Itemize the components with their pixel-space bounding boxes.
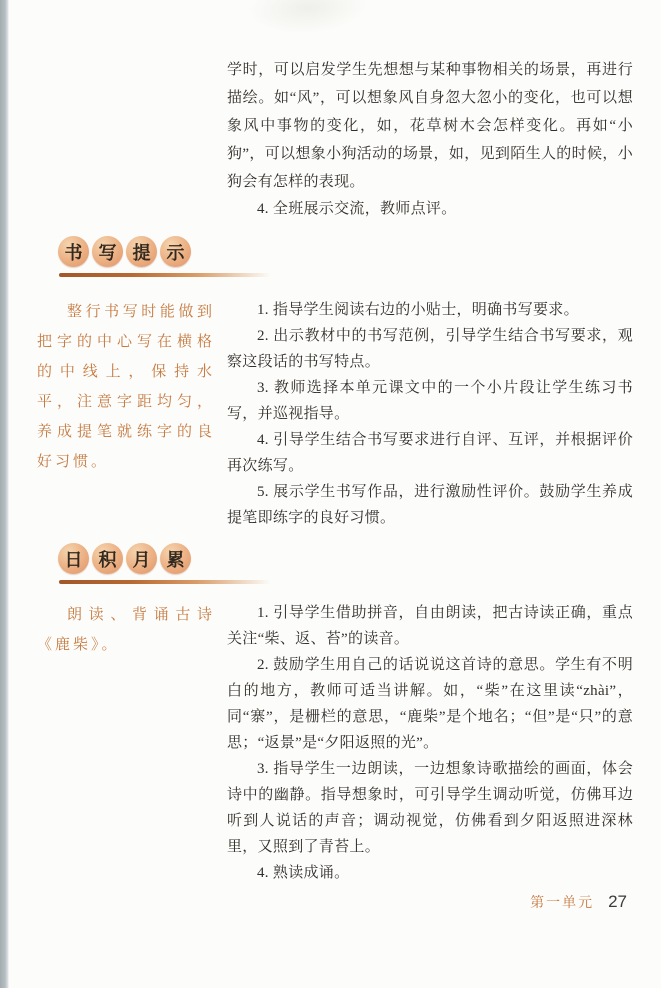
teaching-step: 4. 熟读成诵。 — [227, 860, 633, 886]
teaching-steps: 1. 指导学生阅读右边的小贴士，明确书写要求。 2. 出示教材中的书写范例，引导… — [227, 297, 633, 531]
teaching-step: 2. 鼓励学生用自己的话说说这首诗的意思。学生有不明白的地方，教师可适当讲解。如… — [227, 652, 633, 756]
section-header-daily-accumulation: 日 积 月 累 — [58, 543, 633, 584]
page-edge-shadow — [0, 0, 9, 988]
margin-note-column: 整行书写时能做到把字的中心写在横格的中线上，保持水平，注意字距均匀，养成提笔就练… — [37, 297, 215, 477]
page-footer: 第一单元 27 — [530, 892, 627, 912]
teaching-step: 5. 展示学生书写作品，进行激励性评价。鼓励学生养成提笔即练字的良好习惯。 — [227, 479, 633, 531]
header-char-badge: 提 — [126, 236, 157, 267]
book-page: 学时，可以启发学生先想想与某种事物相关的场景，再进行描绘。如“风”，可以想象风自… — [0, 0, 661, 988]
header-badges: 日 积 月 累 — [58, 543, 633, 574]
page-content: 学时，可以启发学生先想想与某种事物相关的场景，再进行描绘。如“风”，可以想象风自… — [37, 0, 633, 886]
header-char-badge: 写 — [92, 236, 123, 267]
margin-note-column: 朗读、背诵古诗《鹿柴》。 — [37, 600, 215, 660]
teaching-step: 1. 引导学生借助拼音，自由朗读，把古诗读正确，重点关注“柴、返、苔”的读音。 — [227, 600, 633, 652]
header-char-badge: 书 — [58, 236, 89, 267]
header-char-badge: 日 — [58, 543, 89, 574]
section-daily-accumulation: 朗读、背诵古诗《鹿柴》。 1. 引导学生借助拼音，自由朗读，把古诗读正确，重点关… — [37, 600, 633, 886]
header-char-badge: 积 — [92, 543, 123, 574]
intro-block: 学时，可以启发学生先想想与某种事物相关的场景，再进行描绘。如“风”，可以想象风自… — [227, 56, 633, 222]
teaching-step: 4. 引导学生结合书写要求进行自评、互评，并根据评价再次练写。 — [227, 427, 633, 479]
page-number: 27 — [608, 892, 627, 912]
margin-note: 朗读、背诵古诗《鹿柴》。 — [37, 600, 215, 660]
header-underline — [59, 273, 271, 277]
header-char-badge: 月 — [126, 543, 157, 574]
header-underline — [59, 580, 271, 584]
teaching-step: 3. 指导学生一边朗读，一边想象诗歌描绘的画面，体会诗中的幽静。指导想象时，可引… — [227, 756, 633, 860]
teaching-step: 3. 教师选择本单元课文中的一个小片段让学生练习书写，并巡视指导。 — [227, 375, 633, 427]
section-writing-tips: 整行书写时能做到把字的中心写在横格的中线上，保持水平，注意字距均匀，养成提笔就练… — [37, 297, 633, 531]
teaching-step: 1. 指导学生阅读右边的小贴士，明确书写要求。 — [227, 297, 633, 323]
unit-label: 第一单元 — [530, 892, 594, 912]
header-char-badge: 示 — [160, 236, 191, 267]
teaching-steps: 1. 引导学生借助拼音，自由朗读，把古诗读正确，重点关注“柴、返、苔”的读音。 … — [227, 600, 633, 886]
section-header-writing-tips: 书 写 提 示 — [58, 236, 633, 277]
header-badges: 书 写 提 示 — [58, 236, 633, 267]
teaching-step: 2. 出示教材中的书写范例，引导学生结合书写要求，观察这段话的书写特点。 — [227, 323, 633, 375]
intro-step: 4. 全班展示交流，教师点评。 — [227, 196, 633, 222]
header-char-badge: 累 — [160, 543, 191, 574]
intro-paragraph: 学时，可以启发学生先想想与某种事物相关的场景，再进行描绘。如“风”，可以想象风自… — [227, 56, 633, 196]
margin-note: 整行书写时能做到把字的中心写在横格的中线上，保持水平，注意字距均匀，养成提笔就练… — [37, 297, 215, 477]
